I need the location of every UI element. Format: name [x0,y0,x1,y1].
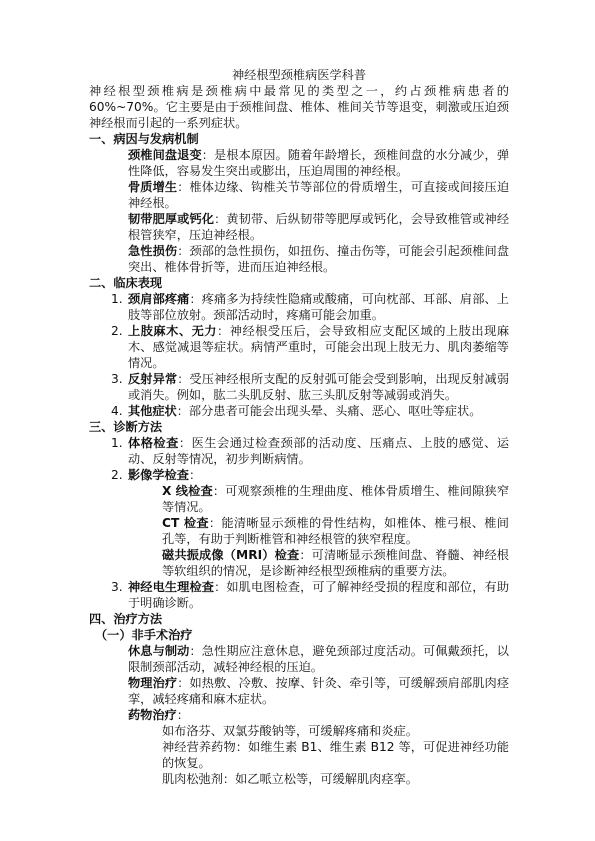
section-heading-treatment: 四、治疗方法 [89,611,509,627]
document-page: 神经根型颈椎病医学科普 神经根型颈椎病是颈椎病中最常见的类型之一，约占颈椎病患者… [89,67,509,787]
cause-item: 韧带肥厚或钙化：黄韧带、后纵韧带等肥厚或钙化，会导致椎管或神经根管狭窄，压迫神经… [89,211,509,243]
treatment-item: 物理治疗：如热敷、冷敷、按摩、针灸、牵引等，可缓解颈肩部肌肉痉挛，减轻疼痛和麻木… [89,675,509,707]
imaging-item: 磁共振成像（MRI）检查：可清晰显示颈椎间盘、脊髓、神经根等软组织的情况，是诊断… [89,547,509,579]
symptom-item: 4.其他症状：部分患者可能会出现头晕、头痛、恶心、呕吐等症状。 [89,403,509,419]
imaging-item: X 线检查：可观察颈椎的生理曲度、椎体骨质增生、椎间隙狭窄等情况。 [89,483,509,515]
symptom-item: 3.反射异常：受压神经根所支配的反射弧可能会受到影响，出现反射减弱或消失。例如，… [89,371,509,403]
diagnosis-item: 2.影像学检查： [89,467,509,483]
drug-item: 肌肉松弛剂：如乙哌立松等，可缓解肌肉痉挛。 [89,771,509,787]
cause-item: 骨质增生：椎体边缘、钩椎关节等部位的骨质增生，可直接或间接压迫神经根。 [89,179,509,211]
drug-item: 神经营养药物：如维生素 B1、维生素 B12 等，可促进神经功能的恢复。 [89,739,509,771]
subheading-nonsurgical: （一）非手术治疗 [89,627,509,643]
diagnosis-item: 1.体格检查：医生会通过检查颈部的活动度、压痛点、上肢的感觉、运动、反射等情况，… [89,435,509,467]
section-heading-causes: 一、病因与发病机制 [89,131,509,147]
page-title: 神经根型颈椎病医学科普 [89,67,509,83]
intro-paragraph: 神经根型颈椎病是颈椎病中最常见的类型之一，约占颈椎病患者的 60%~70%。它主… [89,83,509,131]
section-heading-diagnosis: 三、诊断方法 [89,419,509,435]
treatment-item: 药物治疗： [89,707,509,723]
symptom-item: 2.上肢麻木、无力：神经根受压后，会导致相应支配区域的上肢出现麻木、感觉减退等症… [89,323,509,371]
symptom-item: 1.颈肩部疼痛：疼痛多为持续性隐痛或酸痛，可向枕部、耳部、肩部、上肢等部位放射。… [89,291,509,323]
imaging-item: CT 检查：能清晰显示颈椎的骨性结构，如椎体、椎弓根、椎间孔等，有助于判断椎管和… [89,515,509,547]
section-heading-symptoms: 二、临床表现 [89,275,509,291]
treatment-item: 休息与制动：急性期应注意休息，避免颈部过度活动。可佩戴颈托，以限制颈部活动，减轻… [89,643,509,675]
diagnosis-item: 3.神经电生理检查：如肌电图检查，可了解神经受损的程度和部位，有助于明确诊断。 [89,579,509,611]
cause-item: 急性损伤：颈部的急性损伤，如扭伤、撞击伤等，可能会引起颈椎间盘突出、椎体骨折等，… [89,243,509,275]
cause-item: 颈椎间盘退变：是根本原因。随着年龄增长，颈椎间盘的水分减少，弹性降低，容易发生突… [89,147,509,179]
drug-item: 如布洛芬、双氯芬酸钠等，可缓解疼痛和炎症。 [89,723,509,739]
